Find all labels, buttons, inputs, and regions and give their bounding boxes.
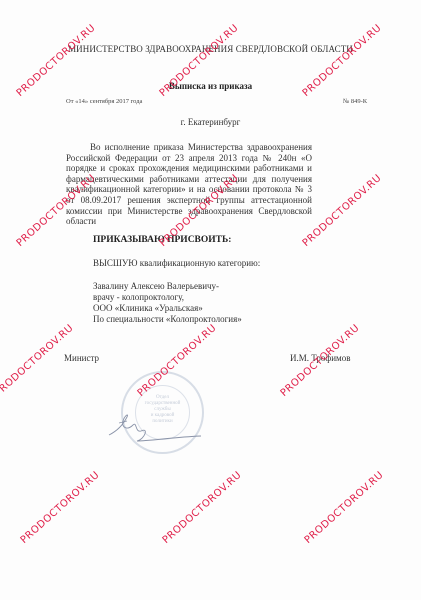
- city: г. Екатеринбург: [0, 117, 421, 127]
- watermark: PRODOCTOROV.RU: [19, 470, 102, 546]
- recipient-position: врачу - колопроктологу,: [93, 292, 242, 303]
- order-number: № 849-К: [343, 98, 367, 105]
- watermark: PRODOCTOROV.RU: [303, 470, 386, 546]
- recipient-organization: ООО «Клиника «Уральская»: [93, 303, 242, 314]
- document-title: Выписка из приказа: [0, 81, 421, 91]
- signatory-role: Министр: [64, 353, 99, 363]
- watermark: PRODOCTOROV.RU: [301, 173, 384, 249]
- recipient-name: Завалину Алексею Валерьевичу-: [93, 281, 242, 292]
- handwritten-signature-icon: [105, 405, 205, 445]
- document-page: МИНИСТЕРСТВО ЗДРАВООХРАНЕНИЯ СВЕРДЛОВСКО…: [0, 0, 421, 600]
- recipient-specialty: По специальности «Колопроктология»: [93, 314, 242, 325]
- category-line: ВЫСШУЮ квалификационную категорию:: [93, 258, 260, 268]
- recipient-block: Завалину Алексею Валерьевичу- врачу - ко…: [93, 281, 242, 325]
- order-date: От «14» сентября 2017 года: [66, 98, 142, 105]
- watermark: PRODOCTOROV.RU: [161, 470, 244, 546]
